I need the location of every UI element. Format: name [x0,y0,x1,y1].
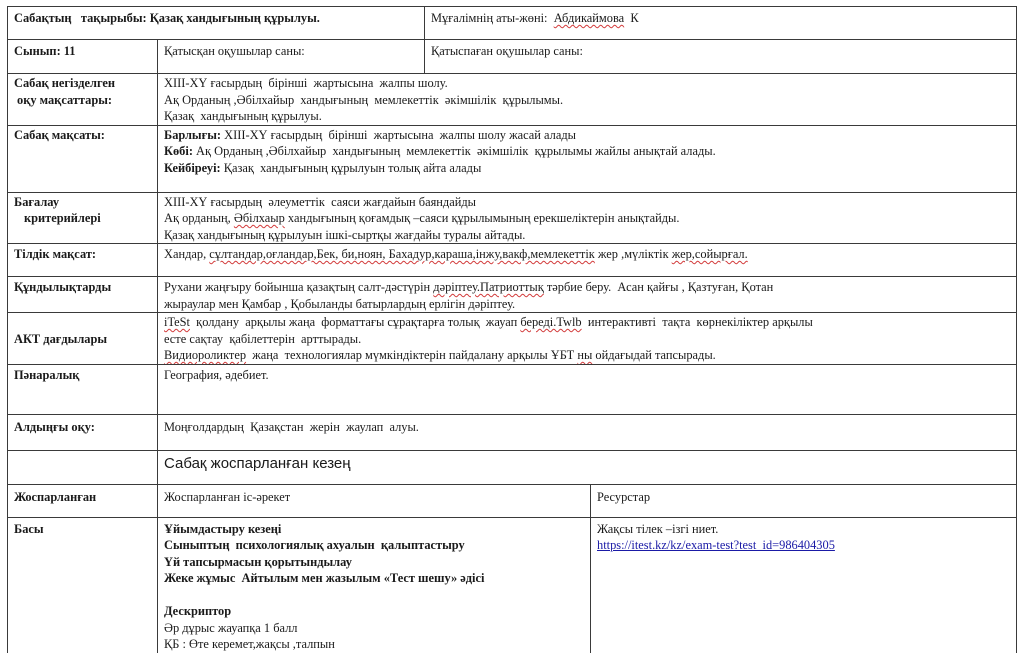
topic-cell: Сабақтың тақырыбы: Қазақ хандығының құры… [8,7,425,40]
values-content: Рухани жаңғыру бойынша қазақтың салт-дәс… [158,277,1017,313]
plan-start-resources: Жақсы тілек –ізгі ниет. https://itest.kz… [591,517,1017,653]
plan-header-row: Жоспарланған Жоспарланған іс-әрекет Ресу… [8,484,1017,517]
language-goal-content: Хандар, сұлтандар,оғландар,Бек, би,ноян,… [158,244,1017,277]
interdisciplinary-label: Пәнаралық [8,364,158,414]
prior-learning-row: Алдыңғы оқу: Моңғолдардың Қазақстан жері… [8,414,1017,450]
stage-title-empty-cell [8,450,158,484]
topic-value: Қазақ хандығының құрылуы. [150,11,320,25]
topic-label: Сабақтың тақырыбы: [14,11,147,25]
assessment-criteria-content: ХІІІ-ХҮ ғасырдың әлеуметтік саяси жағдай… [158,192,1017,244]
teacher-label: Мұғалімнің аты-жөні: [431,11,548,25]
lesson-plan-document: Сабақтың тақырыбы: Қазақ хандығының құры… [7,6,1016,653]
prior-learning-label: Алдыңғы оқу: [8,414,158,450]
plan-row-start: Басы Ұйымдастыру кезеңі Сыныптың психоло… [8,517,1017,653]
lesson-header-table: Сабақтың тақырыбы: Қазақ хандығының құры… [7,6,1017,74]
lesson-plan-table: Жоспарланған Жоспарланған іс-әрекет Ресу… [7,484,1017,653]
assessment-criteria-label: Бағалау критерийлері [8,192,158,244]
plan-col-resources: Ресурстар [591,484,1017,517]
ict-skills-row: АКТ дағдылары iTeSt қолдану арқылы жаңа … [8,313,1017,365]
plan-col-activity: Жоспарланған іс-әрекет [158,484,591,517]
lesson-goals-content: Барлығы: ХІІІ-ХҮ ғасырдың бірінші жартыс… [158,125,1017,192]
plan-start-activity: Ұйымдастыру кезеңі Сыныптың психологиялы… [158,517,591,653]
language-goal-row: Тілдік мақсат: Хандар, сұлтандар,оғланда… [8,244,1017,277]
learning-objectives-label: Сабақ негізделген оқу мақсаттары: [8,74,158,126]
absent-count-cell: Қатыспаған оқушылар саны: [425,40,1017,74]
prior-learning-content: Моңғолдардың Қазақстан жерін жаулап алуы… [158,414,1017,450]
teacher-name: Абдикаймова [554,11,624,25]
learning-objectives-content: ХІІІ-ХҮ ғасырдың бірінші жартысына жалпы… [158,74,1017,126]
values-label: Құндылықтарды [8,277,158,313]
lesson-goals-label: Сабақ мақсаты: [8,125,158,192]
language-goal-label: Тілдік мақсат: [8,244,158,277]
ict-skills-content: iTeSt қолдану арқылы жаңа форматтағы сұр… [158,313,1017,365]
assessment-criteria-row: Бағалау критерийлері ХІІІ-ХҮ ғасырдың әл… [8,192,1017,244]
teacher-cell: Мұғалімнің аты-жөні: Абдикаймова К [425,7,1017,40]
stage-title: Сабақ жоспарланған кезең [158,450,1017,484]
lesson-details-table: Сабақ негізделген оқу мақсаттары: ХІІІ-Х… [7,73,1017,485]
class-cell: Сынып: 11 [8,40,158,74]
plan-start-label: Басы [8,517,158,653]
lesson-goals-row: Сабақ мақсаты: Барлығы: ХІІІ-ХҮ ғасырдың… [8,125,1017,192]
teacher-initial: К [630,11,638,25]
present-count-cell: Қатысқан оқушылар саны: [158,40,425,74]
interdisciplinary-row: Пәнаралық География, әдебиет. [8,364,1017,414]
plan-col-planned: Жоспарланған [8,484,158,517]
itest-link[interactable]: https://itest.kz/kz/exam-test?test_id=98… [597,537,1010,554]
interdisciplinary-content: География, әдебиет. [158,364,1017,414]
descriptor-title: Дескриптор [164,603,584,620]
ict-skills-label: АКТ дағдылары [8,313,158,365]
stage-title-row: Сабақ жоспарланған кезең [8,450,1017,484]
learning-objectives-row: Сабақ негізделген оқу мақсаттары: ХІІІ-Х… [8,74,1017,126]
values-row: Құндылықтарды Рухани жаңғыру бойынша қаз… [8,277,1017,313]
